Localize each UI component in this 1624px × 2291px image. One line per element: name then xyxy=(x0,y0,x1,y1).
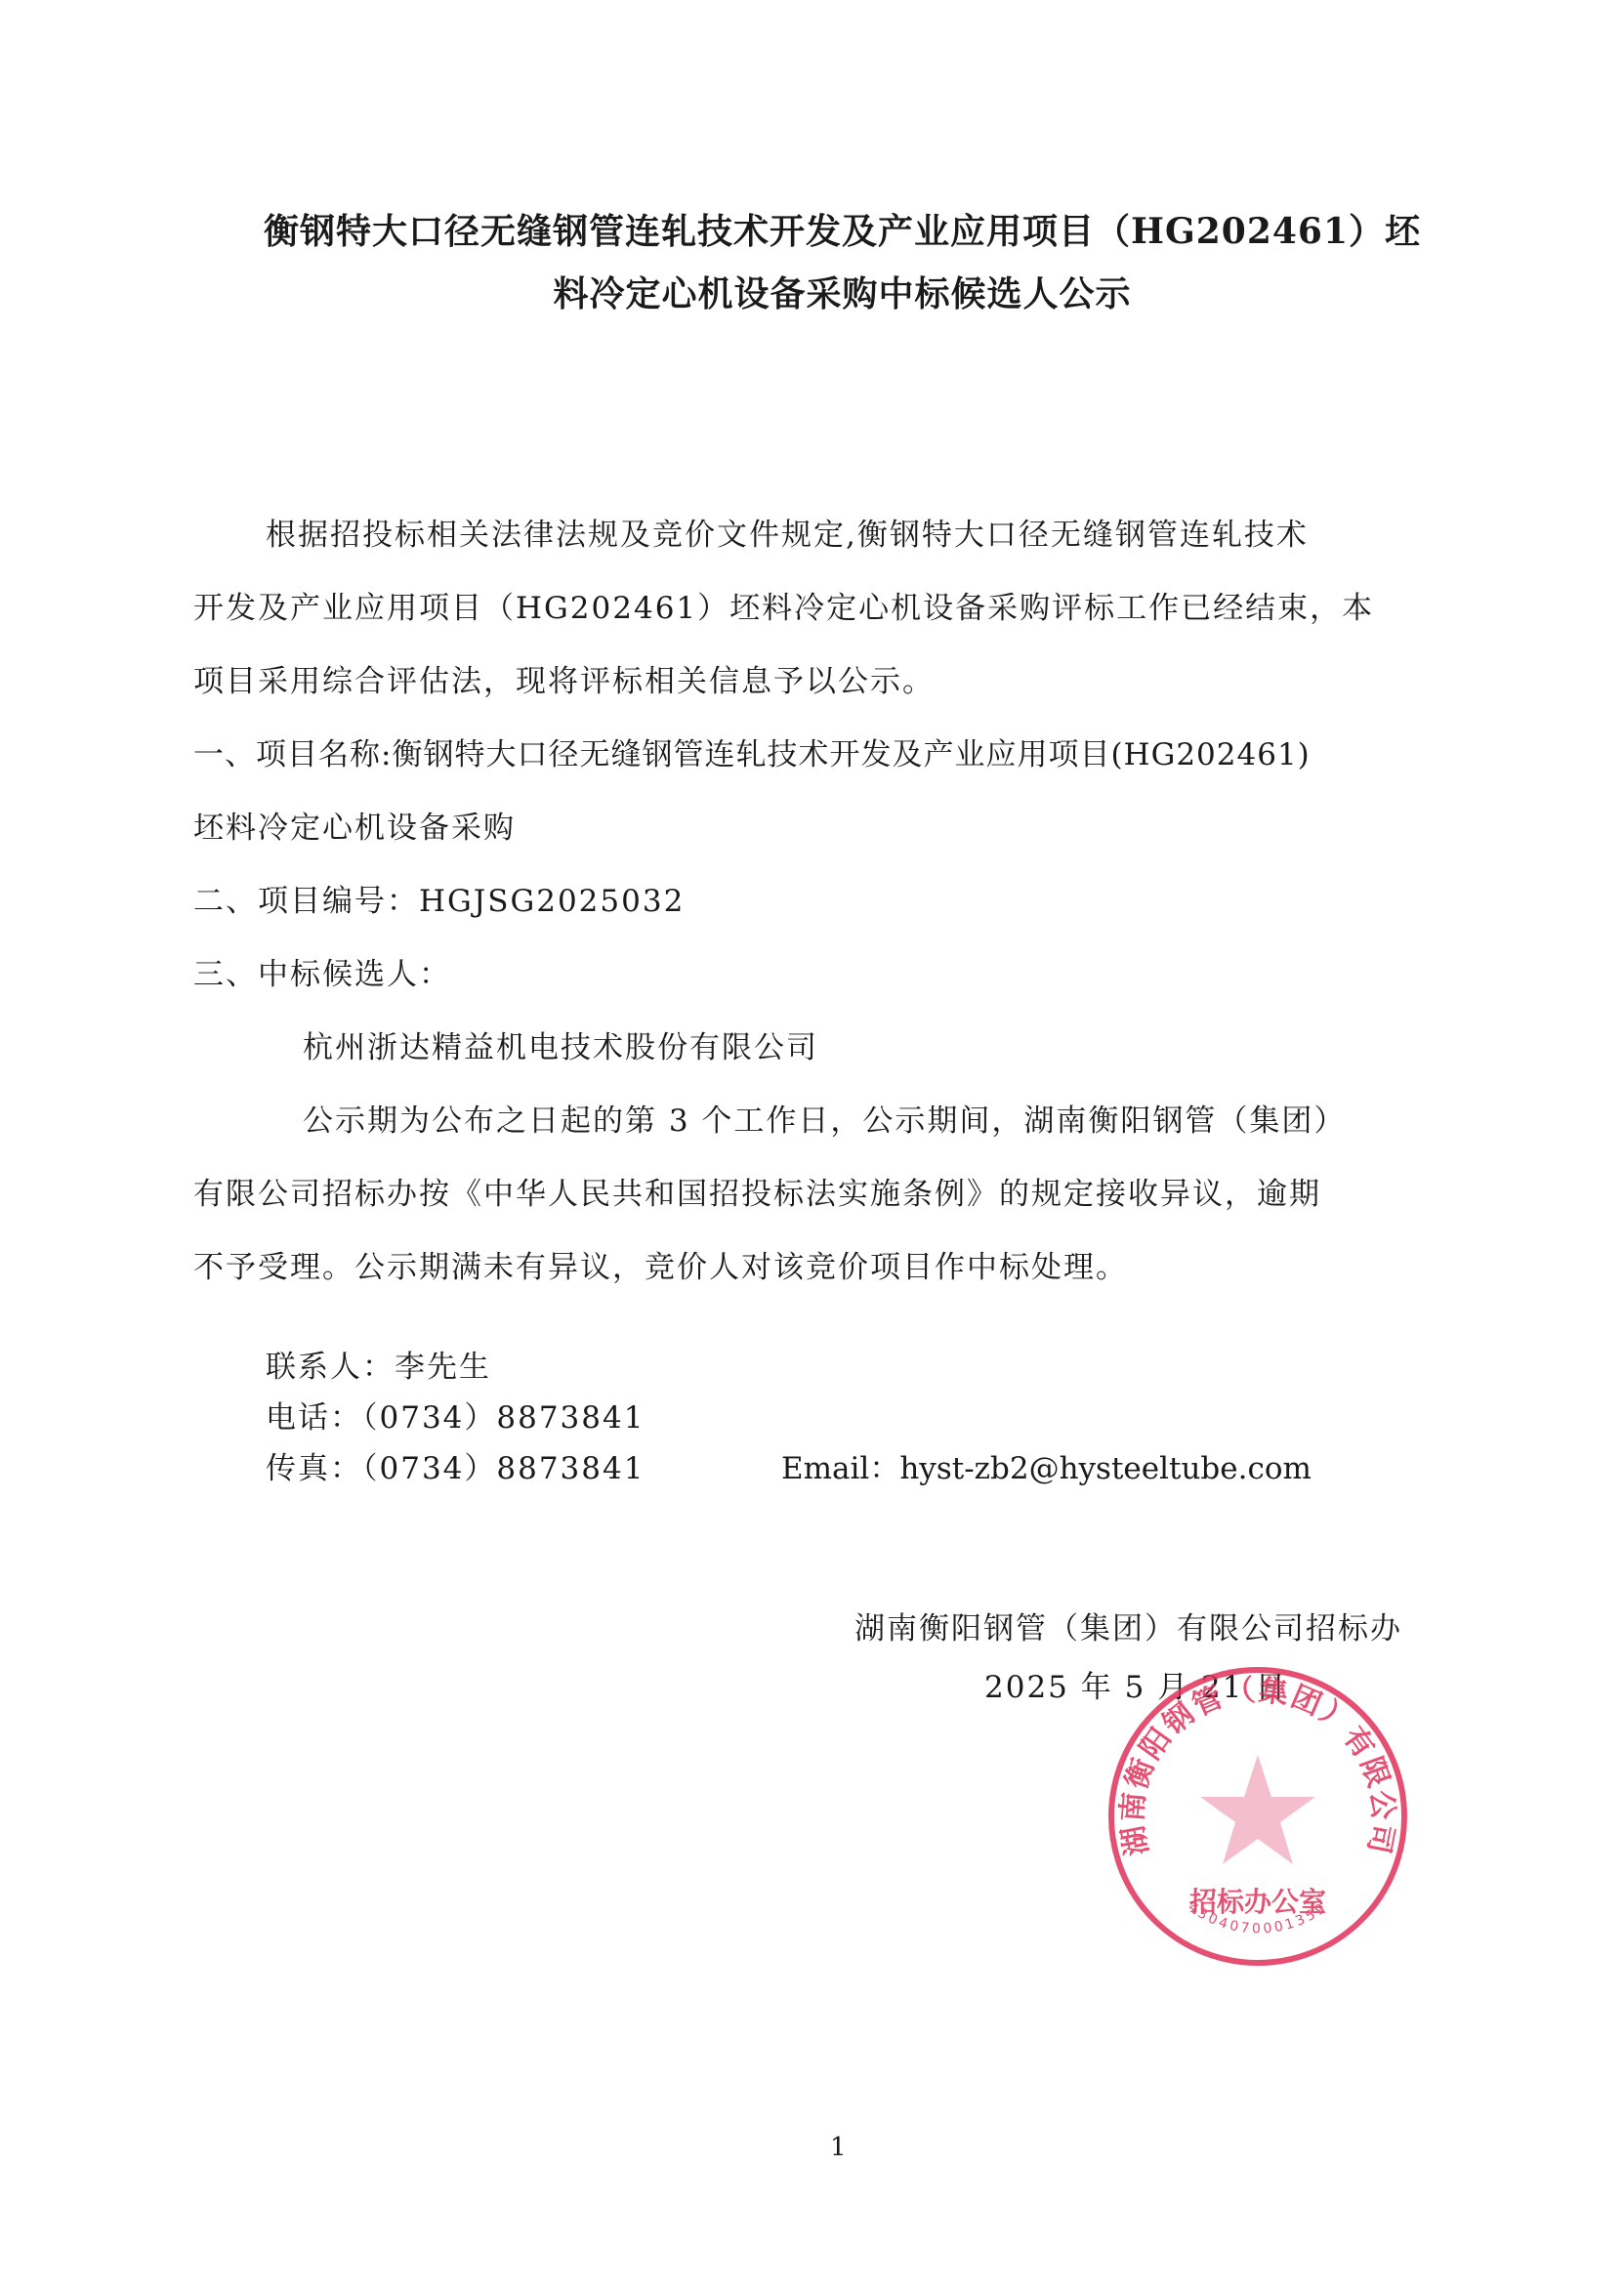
project-number: 二、项目编号：HGJSG2025032 xyxy=(193,882,685,921)
project-number-label: 二、项目编号： xyxy=(193,884,419,919)
contact-person: 联系人：李先生 xyxy=(266,1348,491,1387)
intro-line-3: 项目采用综合评估法，现将评标相关信息予以公示。 xyxy=(193,662,935,701)
project-number-value: HGJSG2025032 xyxy=(419,884,685,919)
contact-person-label: 联系人： xyxy=(266,1350,395,1385)
winning-candidate: 杭州浙达精益机电技术股份有限公司 xyxy=(303,1028,818,1067)
contact-phone: 电话：（0734）8873841 xyxy=(266,1398,645,1437)
contact-person-value: 李先生 xyxy=(395,1350,491,1385)
intro-line-1: 根据招投标相关法律法规及竞价文件规定,衡钢特大口径无缝钢管连轧技术 xyxy=(266,516,1309,555)
signature-org: 湖南衡阳钢管（集团）有限公司招标办 xyxy=(854,1609,1402,1648)
candidate-heading: 三、中标候选人： xyxy=(193,955,451,994)
page-number: 1 xyxy=(830,2133,847,2162)
phone-value: （0734）8873841 xyxy=(362,1400,645,1436)
fax-label: 传真： xyxy=(266,1451,362,1486)
email-label: Email： xyxy=(781,1451,899,1486)
contact-email: Email：hyst-zb2@hysteeltube.com xyxy=(781,1449,1312,1488)
document-title: 衡钢特大口径无缝钢管连轧技术开发及产业应用项目（HG202461）坯 料冷定心机… xyxy=(186,200,1499,325)
document-page: 衡钢特大口径无缝钢管连轧技术开发及产业应用项目（HG202461）坯 料冷定心机… xyxy=(0,0,1624,2291)
official-seal-icon: 湖南衡阳钢管（集团）有限公司 招标办公室 4304070001359 xyxy=(1103,1662,1412,1971)
seal-star-icon xyxy=(1200,1755,1315,1864)
signature-date: 2025 年 5 月 21 日 xyxy=(984,1668,1287,1707)
notice-line-1: 公示期为公布之日起的第 3 个工作日，公示期间，湖南衡阳钢管（集团） xyxy=(303,1102,1346,1141)
notice-line-2: 有限公司招标办按《中华人民共和国招投标法实施条例》的规定接收异议，逾期 xyxy=(193,1175,1321,1214)
title-line-2: 料冷定心机设备采购中标候选人公示 xyxy=(186,263,1499,325)
project-name-line-2: 坯料冷定心机设备采购 xyxy=(193,809,516,848)
seal-inner-text: 招标办公室 xyxy=(1189,1886,1326,1918)
svg-text:4304070001359: 4304070001359 xyxy=(1185,1899,1330,1937)
contact-fax: 传真：（0734）8873841 xyxy=(266,1449,645,1488)
title-line-1: 衡钢特大口径无缝钢管连轧技术开发及产业应用项目（HG202461）坯 xyxy=(186,200,1499,263)
email-link[interactable]: hyst-zb2@hysteeltube.com xyxy=(899,1451,1312,1486)
notice-line-3: 不予受理。公示期满未有异议，竞价人对该竞价项目作中标处理。 xyxy=(193,1248,1128,1287)
intro-line-2: 开发及产业应用项目（HG202461）坯料冷定心机设备采购评标工作已经结束，本 xyxy=(193,589,1374,628)
fax-value: （0734）8873841 xyxy=(362,1451,645,1486)
project-name-line-1: 一、项目名称:衡钢特大口径无缝钢管连轧技术开发及产业应用项目(HG202461) xyxy=(193,735,1311,774)
phone-label: 电话： xyxy=(266,1400,362,1436)
